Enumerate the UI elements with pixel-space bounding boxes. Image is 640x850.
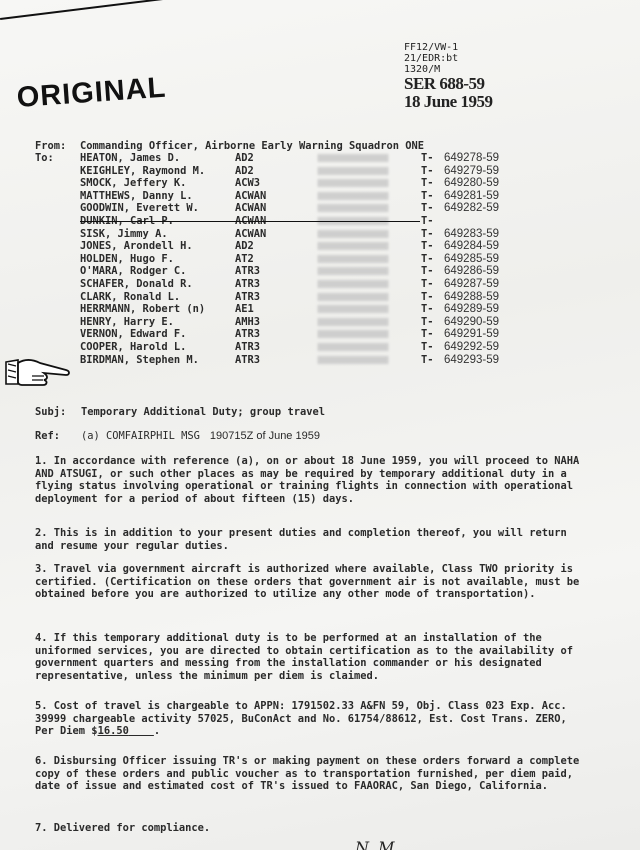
per-diem-amount: 16.50 — [98, 725, 129, 737]
redacted-service-number — [318, 167, 388, 175]
header-block: FF12/VW-1 21/EDR:bt 1320/M SER 688-59 18… — [404, 42, 492, 111]
paragraph-1: 1. In accordance with reference (a), on … — [35, 455, 590, 505]
roster-row: HENRY, Harry E.AMH3T-649290-59 — [80, 316, 570, 329]
roster-t-prefix: T- — [421, 190, 434, 202]
roster-t-prefix: T- — [421, 341, 434, 353]
roster-row: HOLDEN, Hugo F.AT2T-649285-59 — [80, 253, 570, 266]
roster-rate: AD2 — [235, 240, 254, 252]
roster-order-number: 649282-59 — [444, 202, 499, 214]
per-diem-blank — [129, 725, 154, 737]
roster-order-number: 649283-59 — [444, 228, 499, 240]
paragraph-6: 6. Disbursing Officer issuing TR's or ma… — [35, 755, 590, 793]
roster-rate: ATR3 — [235, 328, 260, 340]
roster-rate: ACW3 — [235, 177, 260, 189]
roster-rate: AD2 — [235, 152, 254, 164]
roster-order-number: 649280-59 — [444, 177, 499, 189]
roster-order-number: 649291-59 — [444, 328, 499, 340]
roster-t-prefix: T- — [421, 316, 434, 328]
roster-row: SISK, Jimmy A.ACWANT-649283-59 — [80, 228, 570, 241]
from-label: From: — [35, 140, 80, 152]
redacted-service-number — [318, 330, 388, 338]
roster-order-number: 649288-59 — [444, 291, 499, 303]
redacted-service-number — [318, 280, 388, 288]
roster-rate: ATR3 — [235, 354, 260, 366]
roster-rate: AE1 — [235, 303, 254, 315]
roster-rate: ACWAN — [235, 202, 266, 214]
roster-rate: AT2 — [235, 253, 254, 265]
roster-t-prefix: T- — [421, 177, 434, 189]
roster-row: KEIGHLEY, Raymond M.AD2T-649279-59 — [80, 165, 570, 178]
redacted-service-number — [318, 343, 388, 351]
roster-name: JONES, Arondell H. — [80, 240, 193, 252]
roster-rate: AMH3 — [235, 316, 260, 328]
redacted-service-number — [318, 154, 388, 162]
redacted-service-number — [318, 230, 388, 238]
roster-row: SCHAFER, Donald R.ATR3T-649287-59 — [80, 278, 570, 291]
roster-order-number: 649285-59 — [444, 253, 499, 265]
roster-t-prefix: T- — [421, 152, 434, 164]
roster-t-prefix: T- — [421, 228, 434, 240]
paragraph-3: 3. Travel via government aircraft is aut… — [35, 563, 590, 601]
roster-name: VERNON, Edward F. — [80, 328, 186, 340]
redacted-service-number — [318, 267, 388, 275]
roster-name: HEATON, James D. — [80, 152, 180, 164]
roster-rate: ATR3 — [235, 341, 260, 353]
roster-t-prefix: T- — [421, 202, 434, 214]
paragraph-2: 2. This is in addition to your present d… — [35, 527, 590, 552]
roster-row: GOODWIN, Everett W.ACWANT-649282-59 — [80, 202, 570, 215]
roster-name: SMOCK, Jeffery K. — [80, 177, 186, 189]
redacted-service-number — [318, 305, 388, 313]
paragraph-4: 4. If this temporary additional duty is … — [35, 632, 590, 682]
roster-order-number: 649292-59 — [444, 341, 499, 353]
roster-order-number: 649287-59 — [444, 278, 499, 290]
roster-rate: AD2 — [235, 165, 254, 177]
roster-row: BIRDMAN, Stephen M.ATR3T-649293-59 — [80, 354, 570, 367]
roster-row-struck: DUNKIN, Carl P.ACWANT- — [80, 215, 570, 228]
document-page: ORIGINAL FF12/VW-1 21/EDR:bt 1320/M SER … — [0, 0, 640, 850]
roster-order-number: 649279-59 — [444, 165, 499, 177]
roster-row: MATTHEWS, Danny L.ACWANT-649281-59 — [80, 190, 570, 203]
roster-row: O'MARA, Rodger C.ATR3T-649286-59 — [80, 265, 570, 278]
roster-t-prefix: T- — [421, 303, 434, 315]
roster-row: HERRMANN, Robert (n)AE1T-649289-59 — [80, 303, 570, 316]
subject-label: Subj: — [35, 406, 81, 419]
pen-stroke — [0, 0, 189, 20]
roster-order-number: 649290-59 — [444, 316, 499, 328]
roster-t-prefix: T- — [421, 265, 434, 277]
redacted-service-number — [318, 204, 388, 212]
roster-row: JONES, Arondell H.AD2T-649284-59 — [80, 240, 570, 253]
pointing-hand-icon — [4, 354, 70, 388]
roster-name: SCHAFER, Donald R. — [80, 278, 193, 290]
paragraph-5: 5. Cost of travel is chargeable to APPN:… — [35, 700, 590, 738]
roster-name: MATTHEWS, Danny L. — [80, 190, 193, 202]
subject-value: Temporary Additional Duty; group travel — [81, 406, 325, 418]
document-date: 18 June 1959 — [404, 93, 492, 111]
redacted-service-number — [318, 217, 388, 225]
roster-t-prefix: T- — [421, 165, 434, 177]
roster-name: HERRMANN, Robert (n) — [80, 303, 205, 315]
roster-rate: ACWAN — [235, 228, 266, 240]
redacted-service-number — [318, 192, 388, 200]
roster-order-number: 649286-59 — [444, 265, 499, 277]
original-stamp: ORIGINAL — [16, 72, 168, 115]
roster-rate: ATR3 — [235, 278, 260, 290]
reference-value: (a) COMFAIRPHIL MSG — [81, 430, 200, 442]
roster-t-prefix: T- — [421, 354, 434, 366]
to-label: To: — [35, 152, 54, 164]
addressee-roster: HEATON, James D.AD2T-649278-59KEIGHLEY, … — [80, 152, 570, 366]
roster-name: GOODWIN, Everett W. — [80, 202, 199, 214]
header-code: 21/EDR:bt — [404, 53, 492, 64]
roster-t-prefix: T- — [421, 215, 434, 227]
roster-order-number: 649293-59 — [444, 354, 499, 366]
paragraph-7: 7. Delivered for compliance. — [35, 822, 590, 835]
roster-name: CLARK, Ronald L. — [80, 291, 180, 303]
subject-line: Subj:Temporary Additional Duty; group tr… — [35, 406, 590, 419]
roster-name: HOLDEN, Hugo F. — [80, 253, 174, 265]
roster-t-prefix: T- — [421, 240, 434, 252]
roster-name: DUNKIN, Carl P. — [80, 215, 174, 227]
roster-order-number: 649284-59 — [444, 240, 499, 252]
roster-row: CLARK, Ronald L.ATR3T-649288-59 — [80, 291, 570, 304]
roster-name: O'MARA, Rodger C. — [80, 265, 186, 277]
roster-t-prefix: T- — [421, 278, 434, 290]
roster-t-prefix: T- — [421, 328, 434, 340]
roster-t-prefix: T- — [421, 253, 434, 265]
signature: N. M... — [355, 838, 410, 850]
roster-row: SMOCK, Jeffery K.ACW3T-649280-59 — [80, 177, 570, 190]
reference-label: Ref: — [35, 430, 81, 443]
redacted-service-number — [318, 255, 388, 263]
roster-order-number: 649289-59 — [444, 303, 499, 315]
roster-name: KEIGHLEY, Raymond M. — [80, 165, 205, 177]
roster-row: COOPER, Harold L.ATR3T-649292-59 — [80, 341, 570, 354]
header-code: FF12/VW-1 — [404, 42, 492, 53]
redacted-service-number — [318, 179, 388, 187]
roster-name: SISK, Jimmy A. — [80, 228, 168, 240]
roster-rate: ACWAN — [235, 215, 266, 227]
reference-line: Ref:(a) COMFAIRPHIL MSG190715Z of June 1… — [35, 430, 590, 443]
serial-number: SER 688-59 — [404, 75, 492, 93]
roster-order-number: 649281-59 — [444, 190, 499, 202]
roster-rate: ACWAN — [235, 190, 266, 202]
roster-row: VERNON, Edward F.ATR3T-649291-59 — [80, 328, 570, 341]
reference-dtg: 190715Z of June 1959 — [210, 430, 320, 442]
roster-rate: ATR3 — [235, 265, 260, 277]
from-line: From:Commanding Officer, Airborne Early … — [35, 140, 424, 152]
redacted-service-number — [318, 318, 388, 326]
roster-rate: ATR3 — [235, 291, 260, 303]
roster-t-prefix: T- — [421, 291, 434, 303]
redacted-service-number — [318, 242, 388, 250]
from-value: Commanding Officer, Airborne Early Warni… — [80, 140, 424, 152]
roster-name: HENRY, Harry E. — [80, 316, 174, 328]
roster-name: BIRDMAN, Stephen M. — [80, 354, 199, 366]
roster-row: HEATON, James D.AD2T-649278-59 — [80, 152, 570, 165]
roster-order-number: 649278-59 — [444, 152, 499, 164]
redacted-service-number — [318, 293, 388, 301]
roster-name: COOPER, Harold L. — [80, 341, 186, 353]
redacted-service-number — [318, 356, 388, 364]
